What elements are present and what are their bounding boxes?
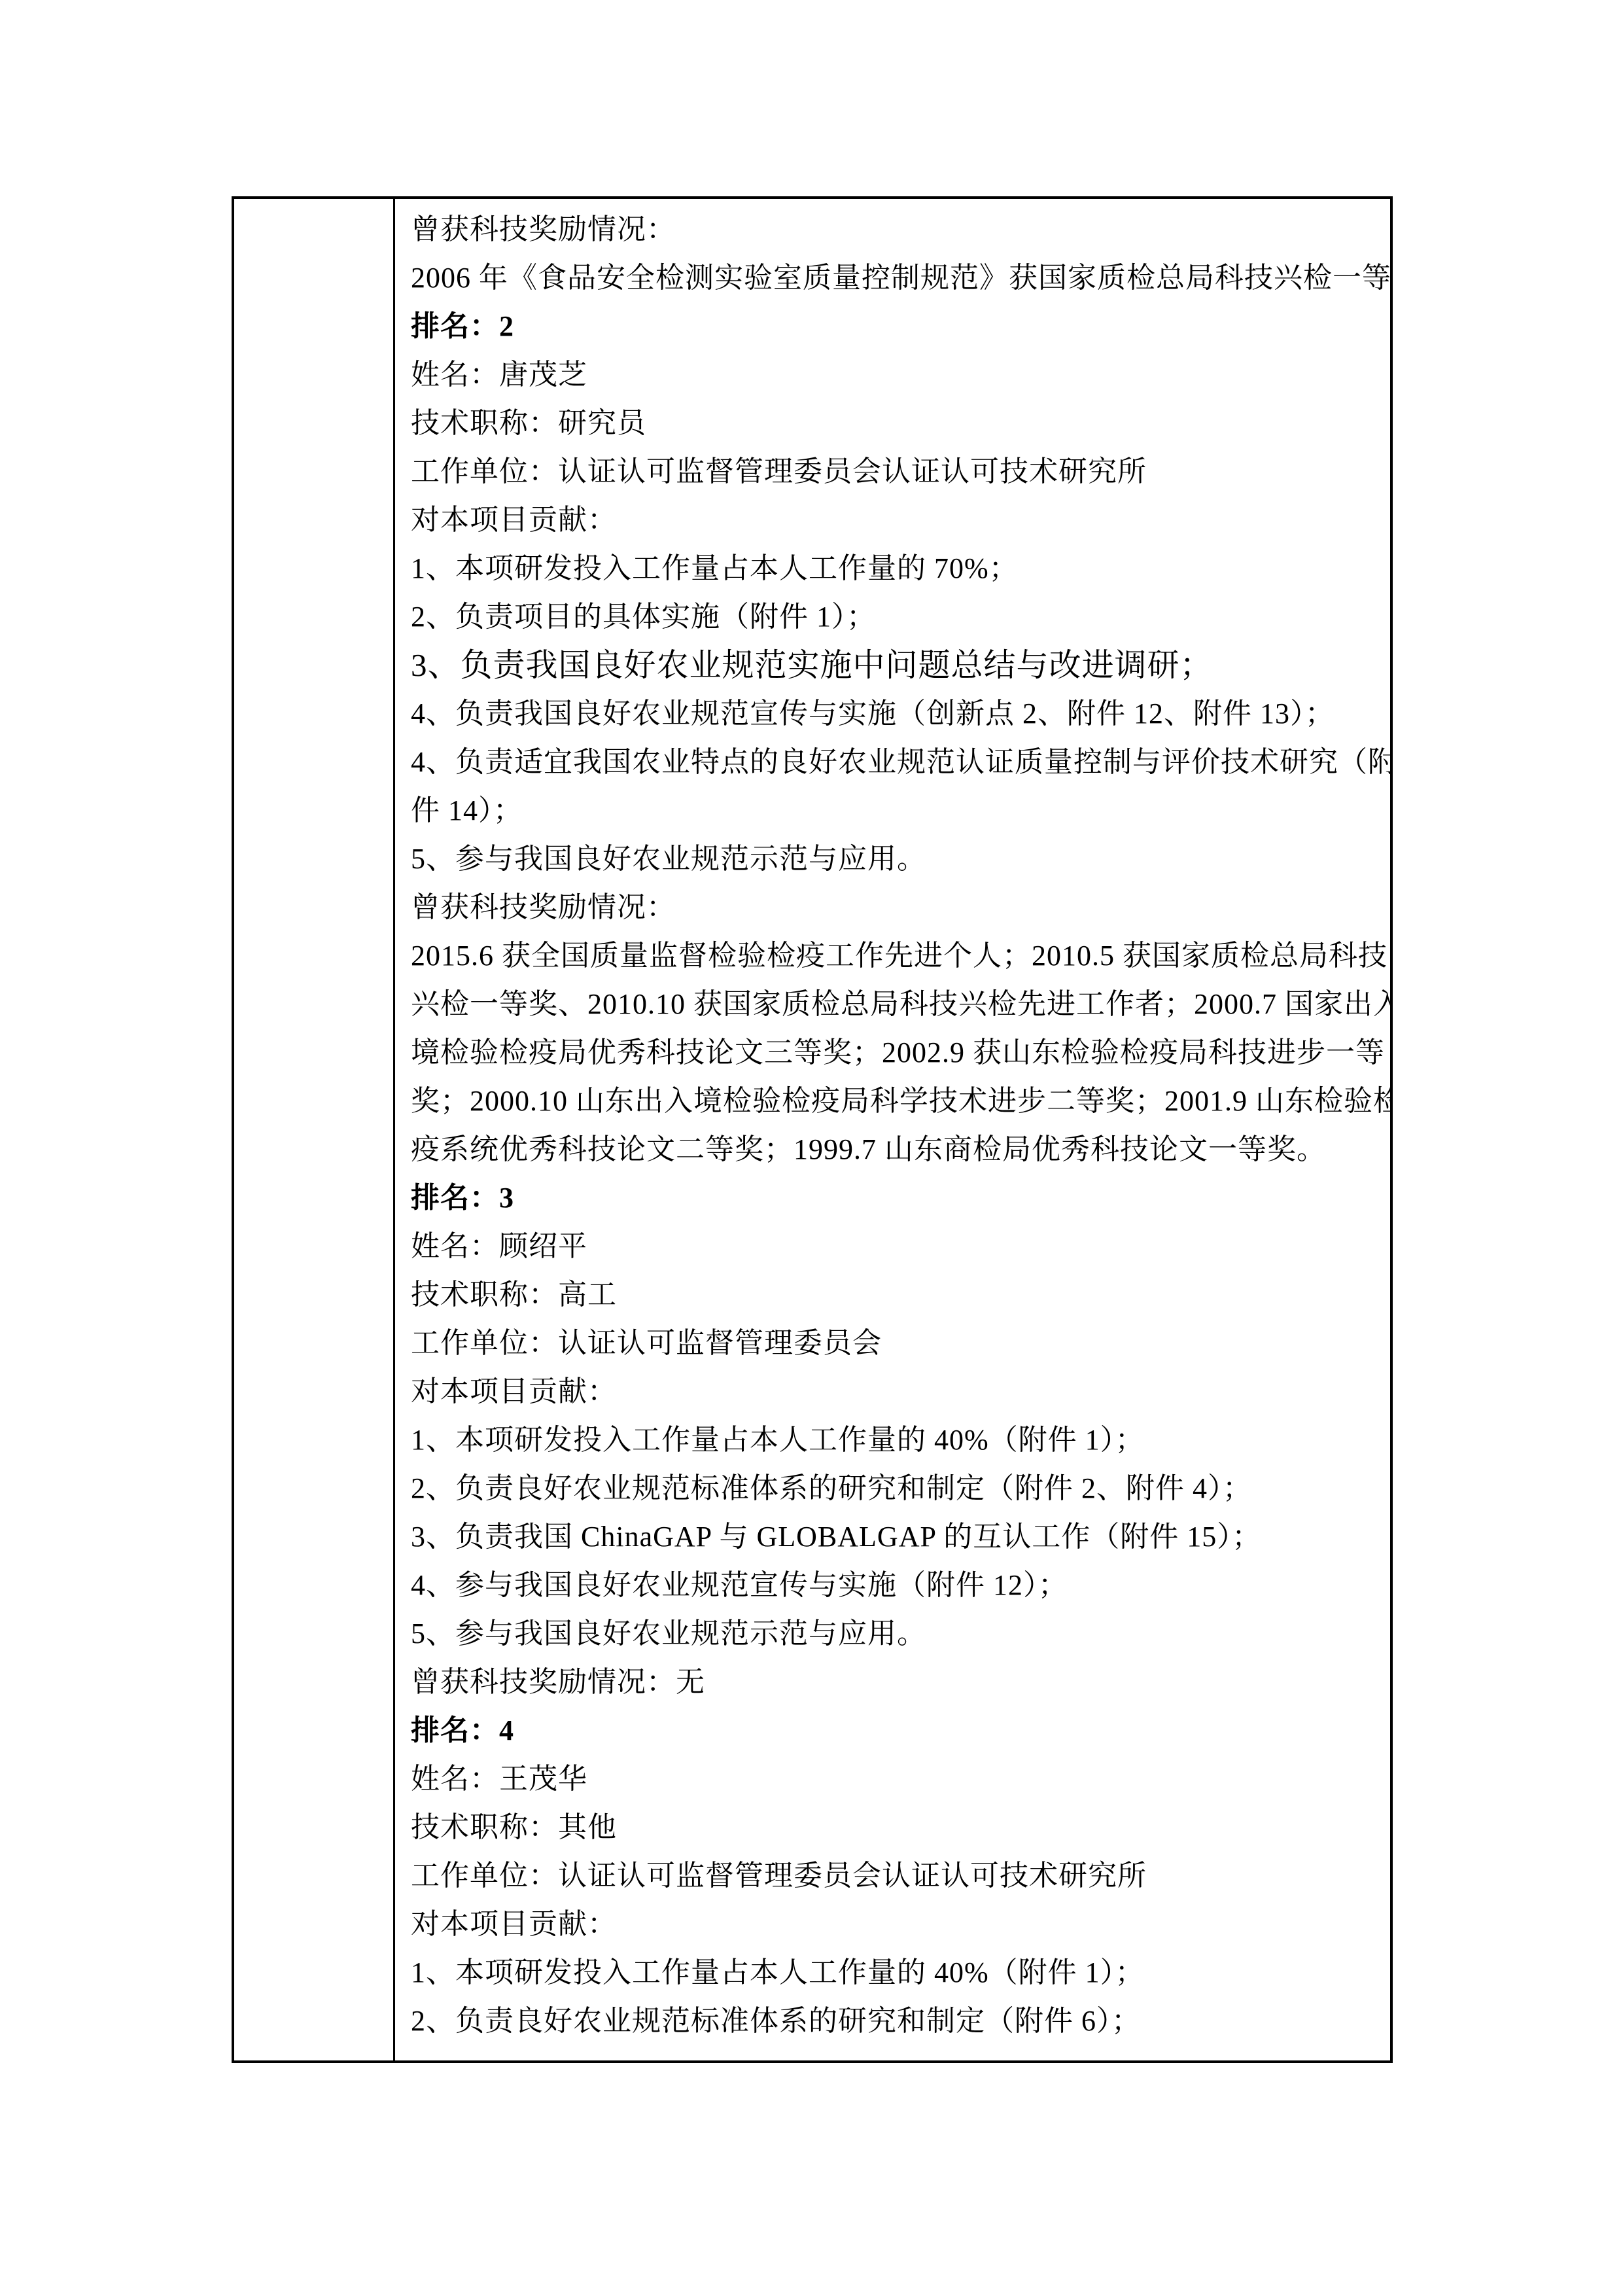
table-right-cell: 曾获科技奖励情况：2006 年《食品安全检测实验室质量控制规范》获国家质检总局科… [395, 199, 1390, 2060]
text-line-30: 曾获科技奖励情况：无 [411, 1658, 1377, 1706]
text-line-24: 对本项目贡献： [411, 1368, 1377, 1416]
text-line-34: 工作单位：认证认可监督管理委员会认证认可技术研究所 [411, 1852, 1377, 1900]
contributors-table: 曾获科技奖励情况：2006 年《食品安全检测实验室质量控制规范》获国家质检总局科… [232, 196, 1393, 2063]
text-line-25: 1、本项研发投入工作量占本人工作量的 40%（附件 1）； [411, 1416, 1377, 1464]
text-line-36: 1、本项研发投入工作量占本人工作量的 40%（附件 1）； [411, 1949, 1377, 1997]
text-line-19: 疫系统优秀科技论文二等奖；1999.7 山东商检局优秀科技论文一等奖。 [411, 1125, 1377, 1174]
text-line-22: 技术职称：高工 [411, 1271, 1377, 1319]
text-line-32: 姓名：王茂华 [411, 1755, 1377, 1803]
text-line-13: 5、参与我国良好农业规范示范与应用。 [411, 835, 1377, 883]
text-line-17: 境检验检疫局优秀科技论文三等奖；2002.9 获山东检验检疫局科技进步一等 [411, 1029, 1377, 1077]
text-line-4: 技术职称：研究员 [411, 399, 1377, 448]
text-line-7: 1、本项研发投入工作量占本人工作量的 70%； [411, 544, 1377, 593]
text-line-0: 曾获科技奖励情况： [411, 205, 1377, 254]
text-line-31: 排名：4 [411, 1706, 1377, 1755]
text-line-8: 2、负责项目的具体实施（附件 1）； [411, 593, 1377, 641]
text-line-16: 兴检一等奖、2010.10 获国家质检总局科技兴检先进工作者；2000.7 国家… [411, 980, 1377, 1029]
text-line-12: 件 14）； [411, 786, 1377, 835]
document-page: 曾获科技奖励情况：2006 年《食品安全检测实验室质量控制规范》获国家质检总局科… [0, 0, 1623, 2296]
text-line-29: 5、参与我国良好农业规范示范与应用。 [411, 1610, 1377, 1658]
text-line-21: 姓名：顾绍平 [411, 1222, 1377, 1271]
table-left-cell [234, 199, 395, 2060]
text-line-35: 对本项目贡献： [411, 1900, 1377, 1949]
text-line-27: 3、负责我国 ChinaGAP 与 GLOBALGAP 的互认工作（附件 15）… [411, 1513, 1377, 1561]
text-line-15: 2015.6 获全国质量监督检验检疫工作先进个人；2010.5 获国家质检总局科… [411, 932, 1377, 980]
text-lines-container: 曾获科技奖励情况：2006 年《食品安全检测实验室质量控制规范》获国家质检总局科… [411, 205, 1377, 2045]
text-line-23: 工作单位：认证认可监督管理委员会 [411, 1319, 1377, 1368]
text-line-26: 2、负责良好农业规范标准体系的研究和制定（附件 2、附件 4）； [411, 1464, 1377, 1513]
text-line-6: 对本项目贡献： [411, 496, 1377, 544]
text-line-20: 排名：3 [411, 1174, 1377, 1222]
text-line-5: 工作单位：认证认可监督管理委员会认证认可技术研究所 [411, 448, 1377, 496]
text-line-33: 技术职称：其他 [411, 1803, 1377, 1852]
text-line-11: 4、负责适宜我国农业特点的良好农业规范认证质量控制与评价技术研究（附 [411, 738, 1377, 786]
text-line-28: 4、参与我国良好农业规范宣传与实施（附件 12）； [411, 1561, 1377, 1610]
text-line-1: 2006 年《食品安全检测实验室质量控制规范》获国家质检总局科技兴检一等奖。 [411, 254, 1377, 302]
text-line-3: 姓名：唐茂芝 [411, 351, 1377, 399]
text-line-37: 2、负责良好农业规范标准体系的研究和制定（附件 6）； [411, 1997, 1377, 2045]
text-line-2: 排名：2 [411, 302, 1377, 351]
text-line-14: 曾获科技奖励情况： [411, 883, 1377, 932]
text-line-10: 4、负责我国良好农业规范宣传与实施（创新点 2、附件 12、附件 13）； [411, 690, 1377, 738]
text-line-9: 3、负责我国良好农业规范实施中问题总结与改进调研； [411, 641, 1377, 690]
text-line-18: 奖；2000.10 山东出入境检验检疫局科学技术进步二等奖；2001.9 山东检… [411, 1077, 1377, 1125]
